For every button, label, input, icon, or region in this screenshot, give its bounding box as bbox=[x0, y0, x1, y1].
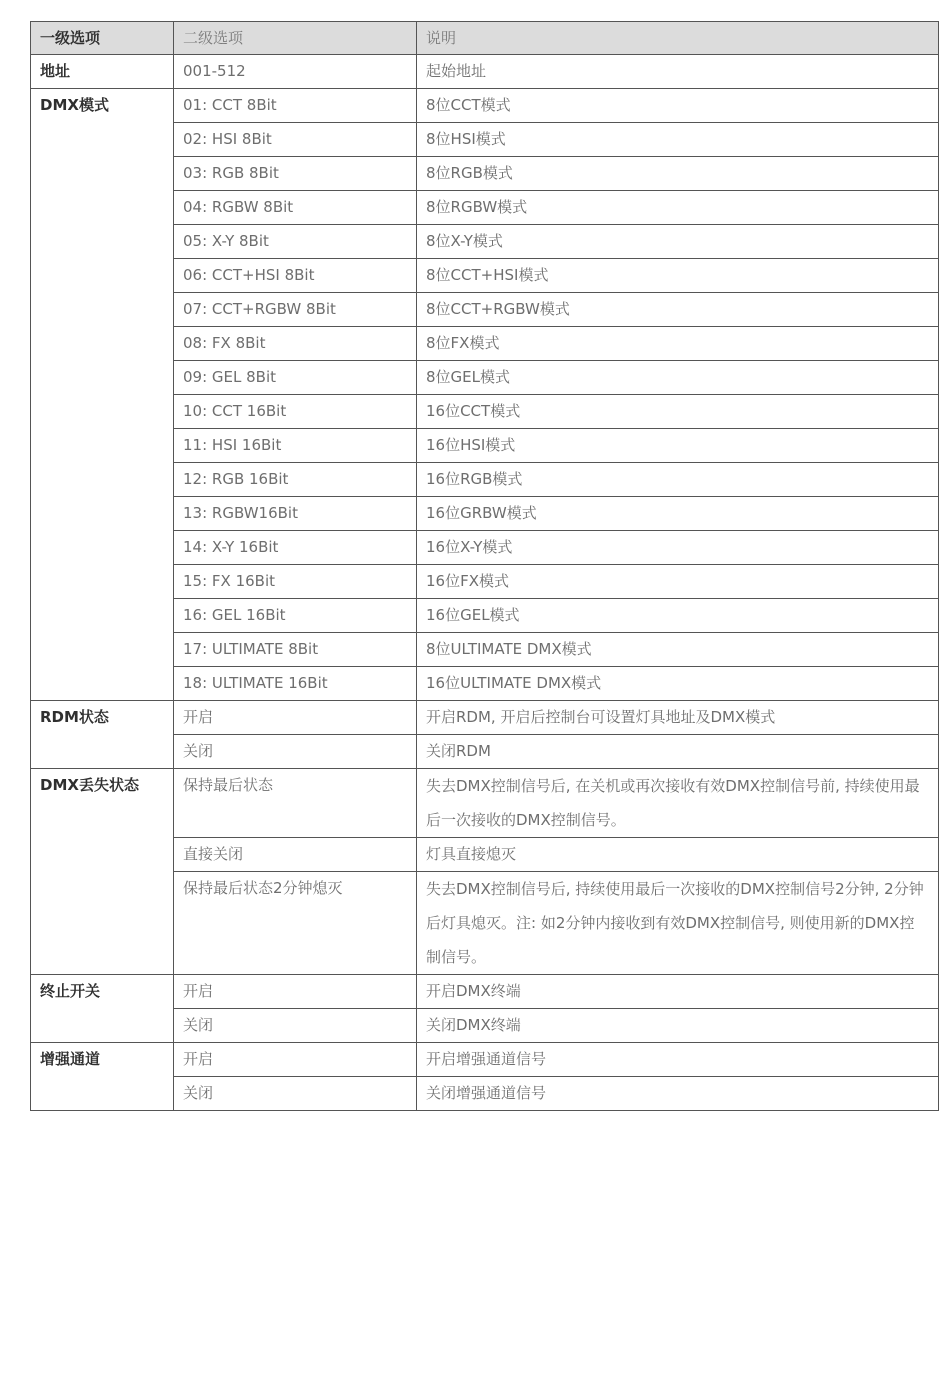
level2-option: 06: CCT+HSI 8Bit bbox=[174, 259, 417, 293]
table-body: 地址001-512起始地址DMX模式01: CCT 8Bit8位CCT模式02:… bbox=[31, 55, 939, 1111]
option-description: 16位CCT模式 bbox=[417, 395, 939, 429]
table-row: 增强通道开启开启增强通道信号 bbox=[31, 1043, 939, 1077]
option-description: 关闭DMX终端 bbox=[417, 1009, 939, 1043]
option-description: 8位RGB模式 bbox=[417, 157, 939, 191]
option-description: 灯具直接熄灭 bbox=[417, 838, 939, 872]
level2-option: 03: RGB 8Bit bbox=[174, 157, 417, 191]
level2-option: 开启 bbox=[174, 975, 417, 1009]
option-description: 16位X-Y模式 bbox=[417, 531, 939, 565]
dmx-settings-table: 一级选项 二级选项 说明 地址001-512起始地址DMX模式01: CCT 8… bbox=[30, 21, 939, 1111]
option-description: 开启RDM, 开启后控制台可设置灯具地址及DMX模式 bbox=[417, 701, 939, 735]
level2-option: 关闭 bbox=[174, 735, 417, 769]
option-description: 16位GEL模式 bbox=[417, 599, 939, 633]
option-description: 8位HSI模式 bbox=[417, 123, 939, 157]
level2-option: 保持最后状态 bbox=[174, 769, 417, 838]
option-description: 8位CCT+HSI模式 bbox=[417, 259, 939, 293]
level2-option: 13: RGBW16Bit bbox=[174, 497, 417, 531]
level2-option: 001-512 bbox=[174, 55, 417, 89]
level2-option: 16: GEL 16Bit bbox=[174, 599, 417, 633]
level1-option: DMX模式 bbox=[31, 89, 174, 701]
level2-option: 08: FX 8Bit bbox=[174, 327, 417, 361]
option-description: 关闭增强通道信号 bbox=[417, 1077, 939, 1111]
table-row: RDM状态开启开启RDM, 开启后控制台可设置灯具地址及DMX模式 bbox=[31, 701, 939, 735]
table-row: 终止开关开启开启DMX终端 bbox=[31, 975, 939, 1009]
option-description: 失去DMX控制信号后, 在关机或再次接收有效DMX控制信号前, 持续使用最后一次… bbox=[417, 769, 939, 838]
option-description: 8位ULTIMATE DMX模式 bbox=[417, 633, 939, 667]
level1-option: RDM状态 bbox=[31, 701, 174, 769]
level2-option: 10: CCT 16Bit bbox=[174, 395, 417, 429]
level2-option: 开启 bbox=[174, 701, 417, 735]
header-description: 说明 bbox=[417, 22, 939, 55]
option-description: 开启DMX终端 bbox=[417, 975, 939, 1009]
level2-option: 05: X-Y 8Bit bbox=[174, 225, 417, 259]
option-description: 8位CCT+RGBW模式 bbox=[417, 293, 939, 327]
option-description: 8位X-Y模式 bbox=[417, 225, 939, 259]
level2-option: 09: GEL 8Bit bbox=[174, 361, 417, 395]
level1-option: DMX丢失状态 bbox=[31, 769, 174, 975]
level2-option: 02: HSI 8Bit bbox=[174, 123, 417, 157]
option-description: 8位CCT模式 bbox=[417, 89, 939, 123]
option-description: 失去DMX控制信号后, 持续使用最后一次接收的DMX控制信号2分钟, 2分钟后灯… bbox=[417, 872, 939, 975]
level2-option: 关闭 bbox=[174, 1009, 417, 1043]
option-description: 16位ULTIMATE DMX模式 bbox=[417, 667, 939, 701]
option-description: 16位GRBW模式 bbox=[417, 497, 939, 531]
level1-option: 终止开关 bbox=[31, 975, 174, 1043]
option-description: 关闭RDM bbox=[417, 735, 939, 769]
option-description: 起始地址 bbox=[417, 55, 939, 89]
table-row: 地址001-512起始地址 bbox=[31, 55, 939, 89]
option-description: 16位FX模式 bbox=[417, 565, 939, 599]
option-description: 8位FX模式 bbox=[417, 327, 939, 361]
level2-option: 保持最后状态2分钟熄灭 bbox=[174, 872, 417, 975]
level1-option: 增强通道 bbox=[31, 1043, 174, 1111]
level2-option: 直接关闭 bbox=[174, 838, 417, 872]
level2-option: 01: CCT 8Bit bbox=[174, 89, 417, 123]
option-description: 8位RGBW模式 bbox=[417, 191, 939, 225]
table-row: DMX丢失状态保持最后状态失去DMX控制信号后, 在关机或再次接收有效DMX控制… bbox=[31, 769, 939, 838]
level1-option: 地址 bbox=[31, 55, 174, 89]
table-header-row: 一级选项 二级选项 说明 bbox=[31, 22, 939, 55]
level2-option: 12: RGB 16Bit bbox=[174, 463, 417, 497]
level2-option: 15: FX 16Bit bbox=[174, 565, 417, 599]
header-level1: 一级选项 bbox=[31, 22, 174, 55]
level2-option: 11: HSI 16Bit bbox=[174, 429, 417, 463]
level2-option: 开启 bbox=[174, 1043, 417, 1077]
option-description: 16位RGB模式 bbox=[417, 463, 939, 497]
header-level2: 二级选项 bbox=[174, 22, 417, 55]
option-description: 8位GEL模式 bbox=[417, 361, 939, 395]
level2-option: 14: X-Y 16Bit bbox=[174, 531, 417, 565]
level2-option: 17: ULTIMATE 8Bit bbox=[174, 633, 417, 667]
option-description: 16位HSI模式 bbox=[417, 429, 939, 463]
level2-option: 18: ULTIMATE 16Bit bbox=[174, 667, 417, 701]
option-description: 开启增强通道信号 bbox=[417, 1043, 939, 1077]
level2-option: 07: CCT+RGBW 8Bit bbox=[174, 293, 417, 327]
level2-option: 关闭 bbox=[174, 1077, 417, 1111]
level2-option: 04: RGBW 8Bit bbox=[174, 191, 417, 225]
table-row: DMX模式01: CCT 8Bit8位CCT模式 bbox=[31, 89, 939, 123]
